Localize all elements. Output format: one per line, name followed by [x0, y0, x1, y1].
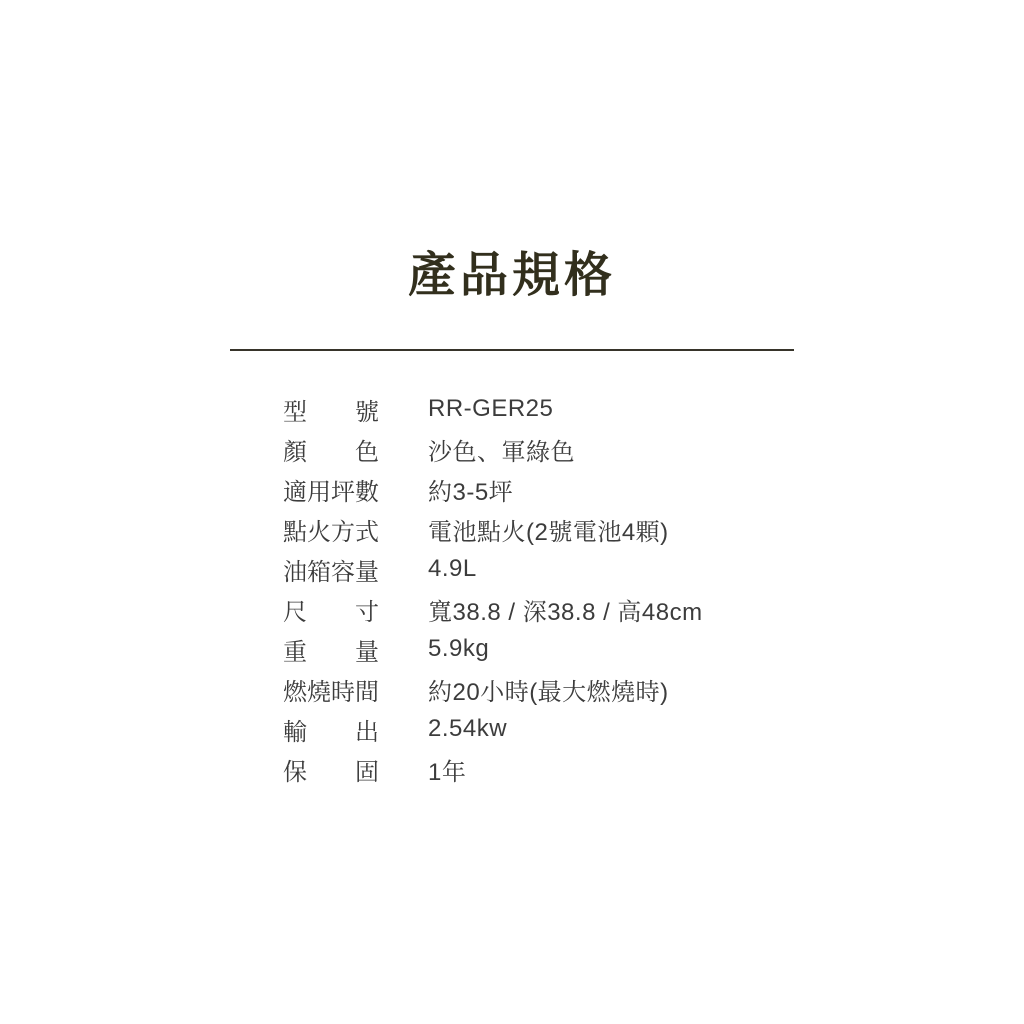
spec-label: 尺寸	[283, 592, 379, 627]
spec-value: 約3-5坪	[428, 472, 513, 507]
spec-value: 沙色、軍綠色	[428, 432, 575, 467]
spec-label: 油箱容量	[283, 552, 379, 587]
spec-row-color: 顏色 沙色、軍綠色	[283, 429, 794, 469]
spec-value: RR-GER25	[428, 395, 553, 423]
spec-row-ignition: 點火方式 電池點火(2號電池4顆)	[283, 509, 794, 549]
spec-label: 重量	[283, 632, 379, 667]
spec-label: 保固	[283, 752, 379, 787]
spec-label: 輸出	[283, 712, 379, 747]
spec-row-burn-time: 燃燒時間 約20小時(最大燃燒時)	[283, 669, 794, 709]
spec-value: 電池點火(2號電池4顆)	[428, 512, 669, 547]
spec-value: 4.9L	[428, 555, 477, 583]
spec-content: 產品規格 型號 RR-GER25 顏色 沙色、軍綠色 適用坪數 約3-5坪 點火…	[230, 0, 794, 789]
title-divider	[230, 349, 794, 351]
spec-value: 約20小時(最大燃燒時)	[428, 672, 669, 707]
spec-row-warranty: 保固 1年	[283, 749, 794, 789]
spec-table: 型號 RR-GER25 顏色 沙色、軍綠色 適用坪數 約3-5坪 點火方式 電池…	[283, 389, 794, 789]
spec-value: 5.9kg	[428, 635, 489, 663]
page-title: 產品規格	[230, 248, 794, 304]
spec-row-dimensions: 尺寸 寬38.8 / 深38.8 / 高48cm	[283, 589, 794, 629]
spec-value: 寬38.8 / 深38.8 / 高48cm	[428, 592, 703, 627]
spec-value: 1年	[428, 752, 466, 787]
spec-label: 燃燒時間	[283, 672, 379, 707]
spec-value: 2.54kw	[428, 715, 507, 743]
spec-row-area: 適用坪數 約3-5坪	[283, 469, 794, 509]
spec-row-output: 輸出 2.54kw	[283, 709, 794, 749]
spec-row-model: 型號 RR-GER25	[283, 389, 794, 429]
spec-row-weight: 重量 5.9kg	[283, 629, 794, 669]
spec-label: 顏色	[283, 432, 379, 467]
spec-label: 點火方式	[283, 512, 379, 547]
product-spec-page: 產品規格 型號 RR-GER25 顏色 沙色、軍綠色 適用坪數 約3-5坪 點火…	[0, 0, 1024, 1024]
spec-label: 型號	[283, 392, 379, 427]
spec-row-tank: 油箱容量 4.9L	[283, 549, 794, 589]
spec-label: 適用坪數	[283, 472, 379, 507]
